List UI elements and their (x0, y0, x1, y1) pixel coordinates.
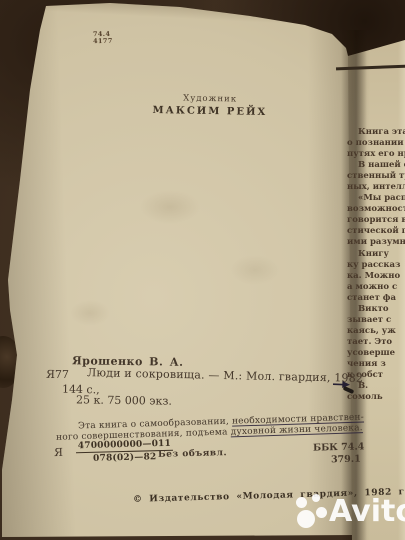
book-line: станет фа (347, 293, 405, 304)
book-line: стической па (347, 226, 405, 237)
paper-stain (140, 190, 200, 224)
author-catalog-sign: Я77 (46, 368, 69, 381)
book-line: путях его нрав (347, 149, 405, 160)
right-page-text: Книга эта оо познании себпутях его нравВ… (347, 127, 405, 409)
book-line: ственный труд, (347, 171, 405, 182)
artist-credit: Художник МАКСИМ РЕЙХ (130, 93, 290, 119)
book-line: тает. Это (347, 337, 405, 348)
artist-credit-label: Художник (130, 93, 290, 106)
book-line: Книга эта о (347, 127, 405, 138)
no-announcement-note: Без объявл. (158, 448, 227, 460)
book-line: а можно с (347, 282, 405, 293)
book-line: В нашей с (347, 160, 405, 171)
avito-logo-icon (297, 510, 315, 528)
avito-wordmark: Avito (329, 494, 405, 529)
book-line: ку рассказ (347, 260, 405, 271)
book-line: к собст (347, 370, 405, 381)
book-line: чения з (347, 359, 405, 370)
avito-logo-icon (312, 494, 320, 502)
book-line: возможностям (347, 204, 405, 215)
book-line: «Мы расп (347, 193, 405, 204)
paper-stain (230, 255, 280, 285)
book-line: говорится в С (347, 215, 405, 226)
book-line: ка. Можно (347, 271, 405, 282)
paper-stain (70, 300, 110, 326)
price-print-run-line: 25 к. 75 000 экз. (76, 393, 172, 407)
bbk-code: ББК 74.4 (313, 441, 365, 453)
book-line: Книгу (347, 249, 405, 260)
catalog-card-prefix: Я (54, 446, 63, 459)
book-line: Викто (347, 304, 405, 315)
book-photo: 74.4 4177 Художник МАКСИМ РЕЙХ Ярошенко … (0, 0, 405, 540)
book-line: усоверше (347, 348, 405, 359)
stamp-line-2: 4177 (93, 38, 113, 45)
avito-logo-icon (316, 507, 327, 518)
bbk-subcode: 379.1 (331, 454, 361, 466)
book-line: сомоль (347, 392, 405, 403)
avito-logo-icon (296, 497, 307, 508)
book-line: В. (347, 381, 405, 392)
classification-stamp: 74.4 4177 (93, 31, 113, 45)
book-line: зывает с (347, 315, 405, 326)
book-line: о познании себ (347, 138, 405, 149)
book-line: ими разумн (347, 237, 405, 248)
book-line: каясь, уж (347, 326, 405, 337)
book-line: ных, интеллиг (347, 182, 405, 193)
